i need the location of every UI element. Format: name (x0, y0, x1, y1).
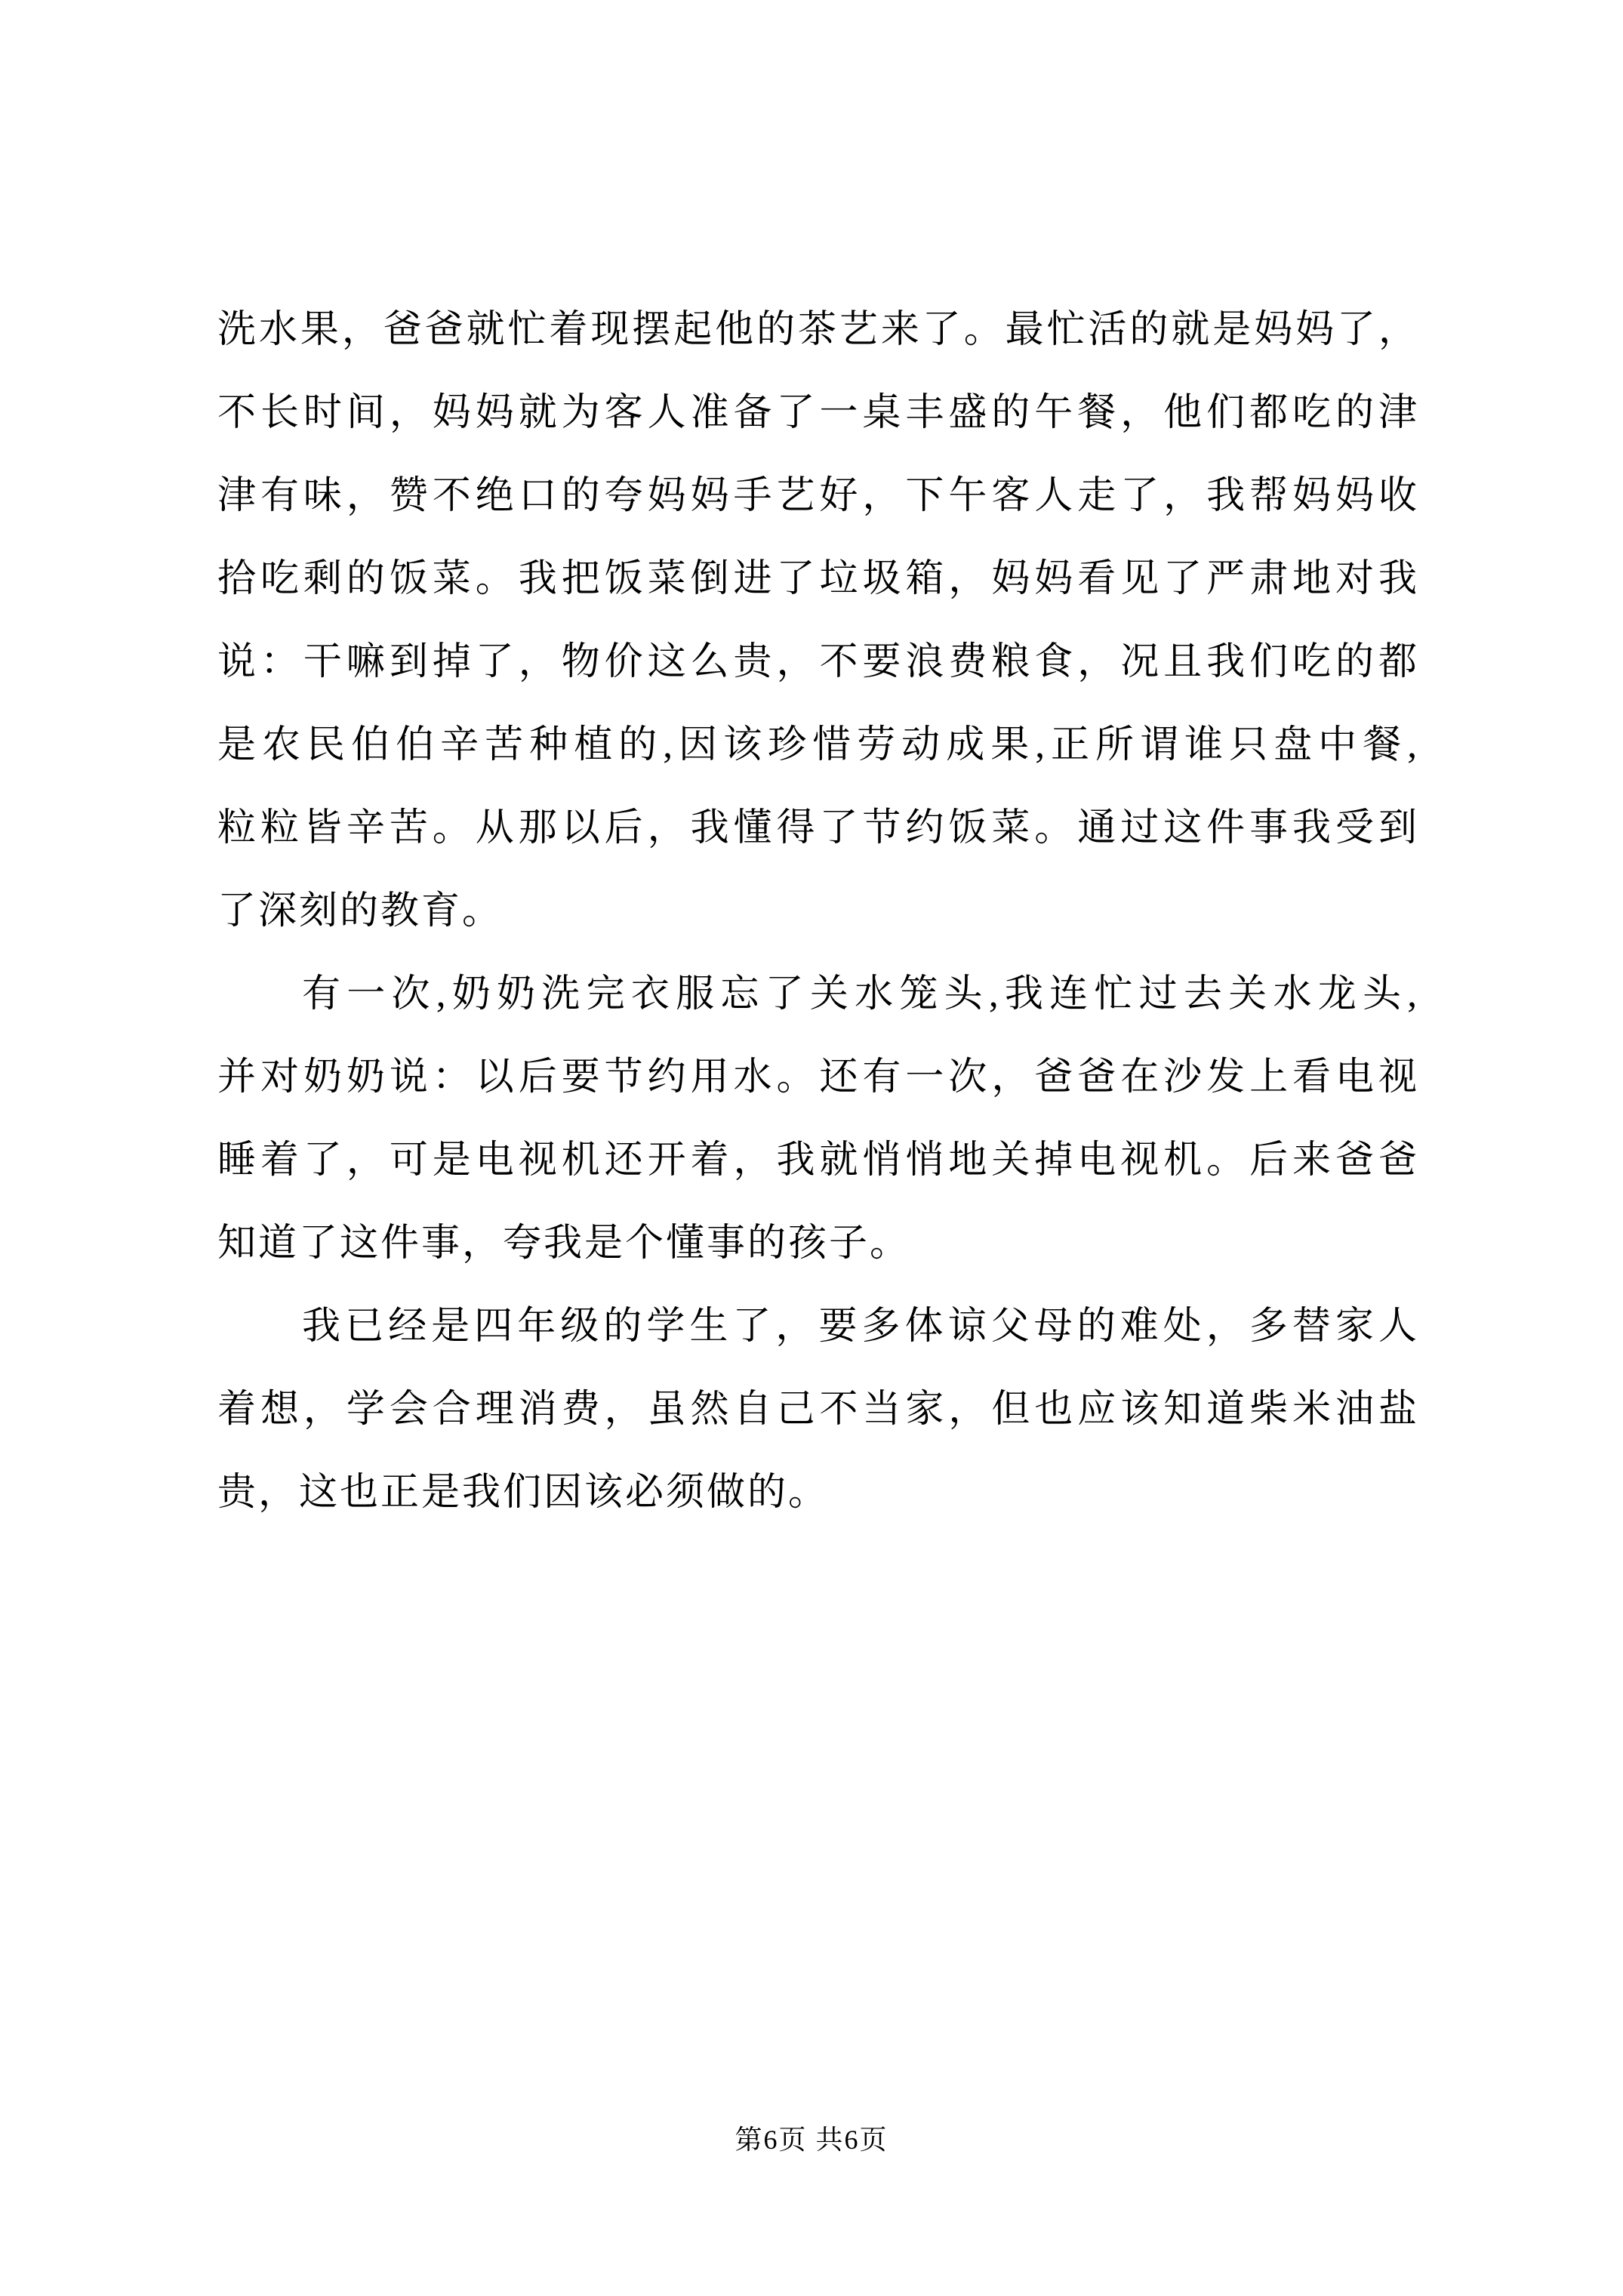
essay-body: 洗水果，爸爸就忙着现摆起他的茶艺来了。最忙活的就是妈妈了，不长时间，妈妈就为客人… (217, 288, 1419, 1534)
text-line: 说：干嘛到掉了，物价这么贵，不要浪费粮食，况且我们吃的都 (217, 621, 1419, 704)
text-line: 有一次,奶奶洗完衣服忘了关水笼头,我连忙过去关水龙头, (217, 953, 1419, 1036)
paragraph: 有一次,奶奶洗完衣服忘了关水笼头,我连忙过去关水龙头,并对奶奶说：以后要节约用水… (217, 953, 1419, 1285)
text-line: 洗水果，爸爸就忙着现摆起他的茶艺来了。最忙活的就是妈妈了， (217, 288, 1419, 371)
paragraph: 洗水果，爸爸就忙着现摆起他的茶艺来了。最忙活的就是妈妈了，不长时间，妈妈就为客人… (217, 288, 1419, 953)
text-line: 粒粒皆辛苦。从那以后，我懂得了节约饭菜。通过这件事我受到 (217, 787, 1419, 870)
text-line: 睡着了，可是电视机还开着，我就悄悄地关掉电视机。后来爸爸 (217, 1119, 1419, 1202)
text-line: 我已经是四年级的学生了，要多体谅父母的难处，多替家人 (217, 1285, 1419, 1368)
text-line: 拾吃剩的饭菜。我把饭菜倒进了垃圾箱，妈妈看见了严肃地对我 (217, 538, 1419, 621)
text-line: 了深刻的教育。 (217, 870, 1419, 953)
page-footer: 第6页 共6页 (0, 2123, 1623, 2156)
document-page: 洗水果，爸爸就忙着现摆起他的茶艺来了。最忙活的就是妈妈了，不长时间，妈妈就为客人… (0, 0, 1623, 2296)
text-line: 不长时间，妈妈就为客人准备了一桌丰盛的午餐，他们都吃的津 (217, 371, 1419, 455)
text-line: 津有味，赞不绝口的夸妈妈手艺好，下午客人走了，我帮妈妈收 (217, 455, 1419, 538)
paragraph: 我已经是四年级的学生了，要多体谅父母的难处，多替家人着想，学会合理消费，虽然自己… (217, 1285, 1419, 1534)
text-line: 知道了这件事，夸我是个懂事的孩子。 (217, 1202, 1419, 1285)
text-line: 贵，这也正是我们因该必须做的。 (217, 1451, 1419, 1534)
text-line: 着想，学会合理消费，虽然自己不当家，但也应该知道柴米油盐 (217, 1368, 1419, 1451)
text-line: 是农民伯伯辛苦种植的,因该珍惜劳动成果,正所谓谁只盘中餐, (217, 704, 1419, 787)
text-line: 并对奶奶说：以后要节约用水。还有一次，爸爸在沙发上看电视 (217, 1036, 1419, 1119)
